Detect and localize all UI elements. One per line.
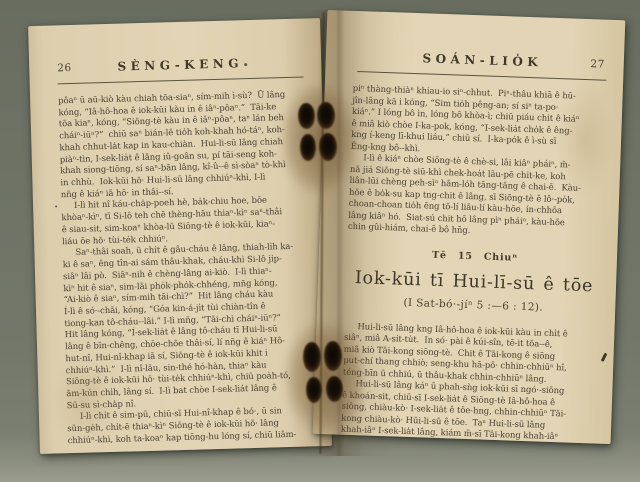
paragraph: Hui-li-sū lâng káⁿ ū phah-sǹg iok-kūi sī…: [341, 379, 599, 444]
paragraph: I-lì chi̍t ê sim-pū, chiū-sī Hui-nî-khap…: [67, 406, 319, 448]
pen-mark: [601, 353, 608, 362]
page-right-header: SOÁN-LIO̍K 27: [358, 49, 607, 73]
paragraph: Saⁿ-thâi soah, ū chi̍t ê gâu-cháu ê lâng…: [62, 242, 317, 413]
scan-background: 26 SÈNG-KENG pôaⁿ ū aū-kiò kàu chiah tōa…: [0, 0, 640, 482]
paragraph: pôaⁿ ū aū-kiò kàu chiah tōa-siaⁿ, sím-mi…: [58, 89, 312, 201]
chapter-scripture-reference: (I Sat-bó·-jíⁿ 5 :—6 : 12).: [345, 296, 601, 316]
page-number-right: 27: [590, 58, 605, 70]
binding-hole: [317, 102, 335, 129]
running-title-right: SOÁN-LIO̍K: [358, 49, 607, 72]
binding-hole: [303, 342, 321, 372]
chapter-number-heading: Tē 15 Chiuⁿ: [347, 246, 603, 266]
binding-hole: [298, 103, 315, 129]
scan-speck: [55, 205, 57, 207]
page-left-header: 26 SÈNG-KENG: [57, 54, 303, 76]
binding-hole: [306, 377, 322, 403]
binding-holes-bottom: [296, 334, 354, 422]
paragraph: Hui-li-sū lâng kng Iâ-hô-hoa ê iok-kūi k…: [343, 321, 601, 387]
header-rule-left: [58, 76, 304, 84]
chapter-title: Iok-kūi tī Hui-lī-sū ê tōe: [346, 266, 603, 299]
paragraph: I-lì hit nî káu-cha̍p-poeh hè, ba̍k-chiu…: [61, 195, 313, 249]
scan-speck: [244, 63, 247, 66]
binding-hole: [326, 376, 343, 402]
page-number-left: 26: [57, 62, 72, 74]
binding-holes-top: [292, 96, 346, 182]
open-book: 26 SÈNG-KENG pôaⁿ ū aū-kiò kàu chiah tōa…: [32, 10, 624, 456]
page-left-body: pôaⁿ ū aū-kiò kàu chiah tōa-siaⁿ, sím-mi…: [58, 89, 319, 447]
binding-hole: [324, 341, 342, 371]
page-right-body: piⁿ thàng-thiàⁿ khiau-io siⁿ-chhut. Piⁿ-…: [341, 84, 609, 444]
header-rule-right: [357, 71, 606, 81]
binding-hole: [319, 133, 337, 161]
paragraph: piⁿ thàng-thiàⁿ khiau-io siⁿ-chhut. Piⁿ-…: [351, 84, 609, 162]
binding-hole: [300, 134, 316, 161]
ink-halo: [286, 324, 364, 432]
paragraph: I-lì ê kiáⁿ chòe Siōng-tè ê chè-si, lâi …: [348, 153, 607, 242]
running-title-left: SÈNG-KENG: [57, 54, 303, 75]
